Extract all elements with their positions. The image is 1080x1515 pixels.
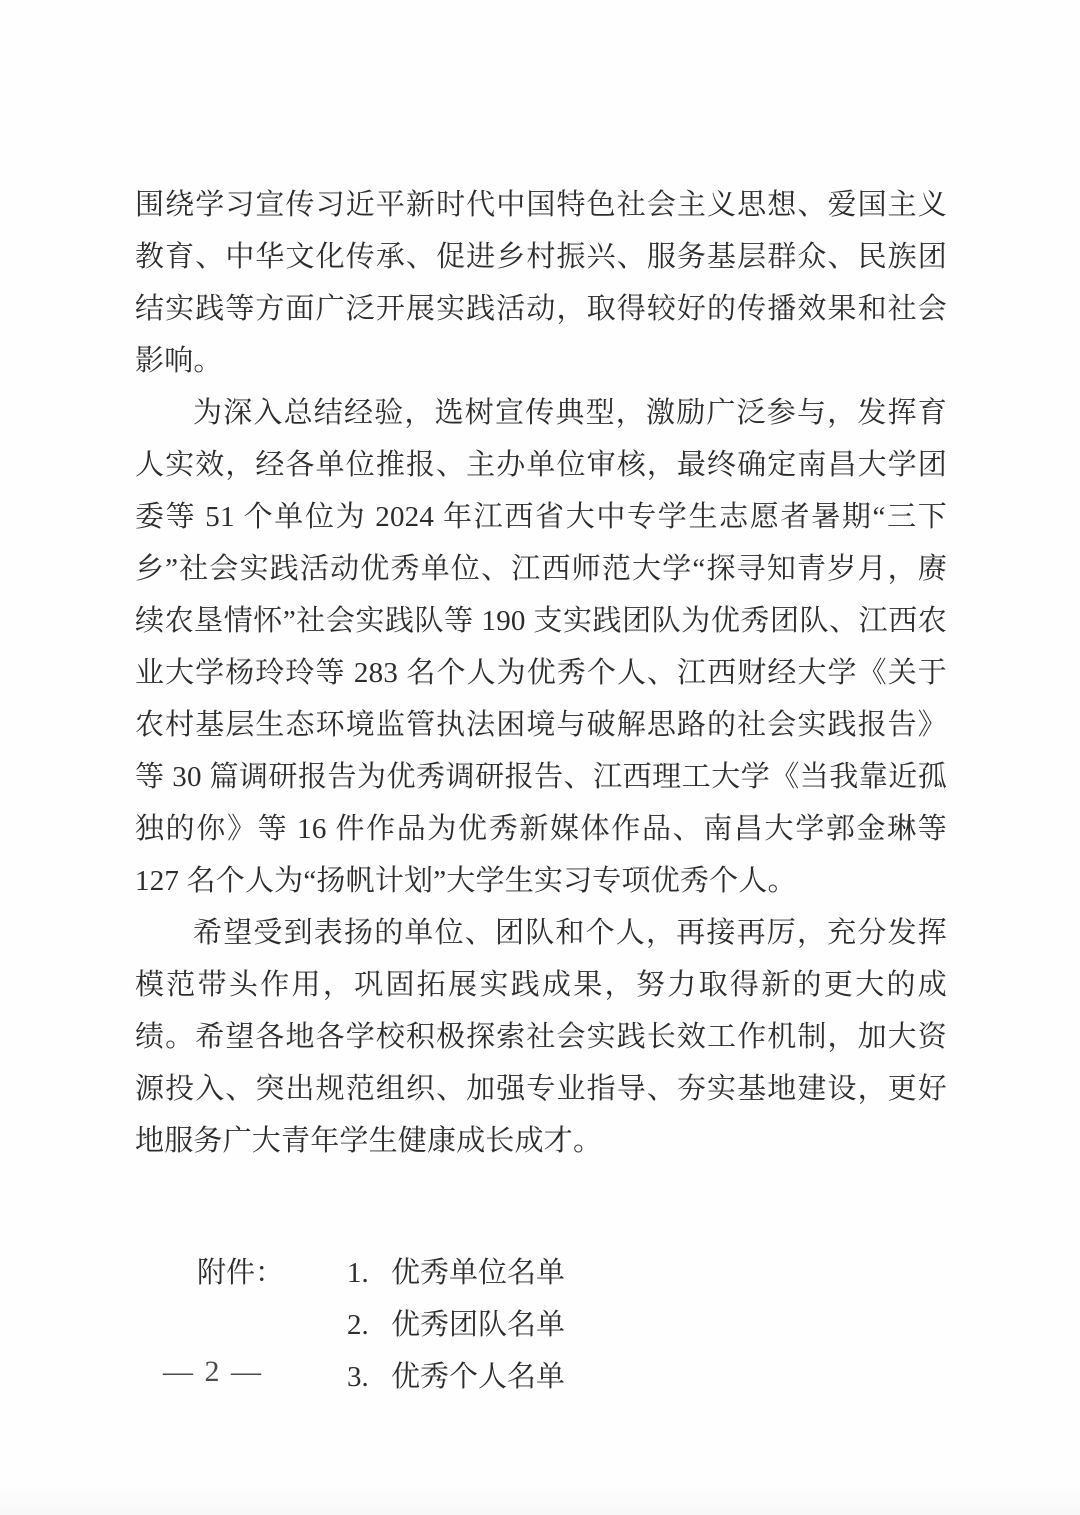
attachment-title: 优秀个人名单 xyxy=(391,1351,565,1403)
attachment-number: 1. xyxy=(347,1247,391,1299)
paragraph-practice-summary: 围绕学习宣传习近平新时代中国特色社会主义思想、爱国主义教育、中华文化传承、促进乡… xyxy=(135,179,947,387)
attachment-title: 优秀团队名单 xyxy=(391,1299,565,1351)
paragraph-award-decision: 为深入总结经验，选树宣传典型，激励广泛参与，发挥育人实效，经各单位推报、主办单位… xyxy=(135,387,947,907)
attachments-label: 附件： xyxy=(197,1247,347,1299)
document-body: 围绕学习宣传习近平新时代中国特色社会主义思想、爱国主义教育、中华文化传承、促进乡… xyxy=(135,179,947,1403)
paragraph-expectations: 希望受到表扬的单位、团队和个人，再接再厉，充分发挥模范带头作用，巩固拓展实践成果… xyxy=(135,907,947,1167)
scan-edge-shadow xyxy=(0,1489,1080,1515)
attachment-title: 优秀单位名单 xyxy=(391,1247,565,1299)
attachment-number: 3. xyxy=(347,1351,391,1403)
page-number: — 2 — xyxy=(163,1352,263,1392)
attachment-row: 附件： 1. 优秀单位名单 xyxy=(135,1247,947,1299)
document-page: 围绕学习宣传习近平新时代中国特色社会主义思想、爱国主义教育、中华文化传承、促进乡… xyxy=(0,0,1080,1515)
attachment-number: 2. xyxy=(347,1299,391,1351)
attachment-row: 2. 优秀团队名单 xyxy=(135,1299,947,1351)
